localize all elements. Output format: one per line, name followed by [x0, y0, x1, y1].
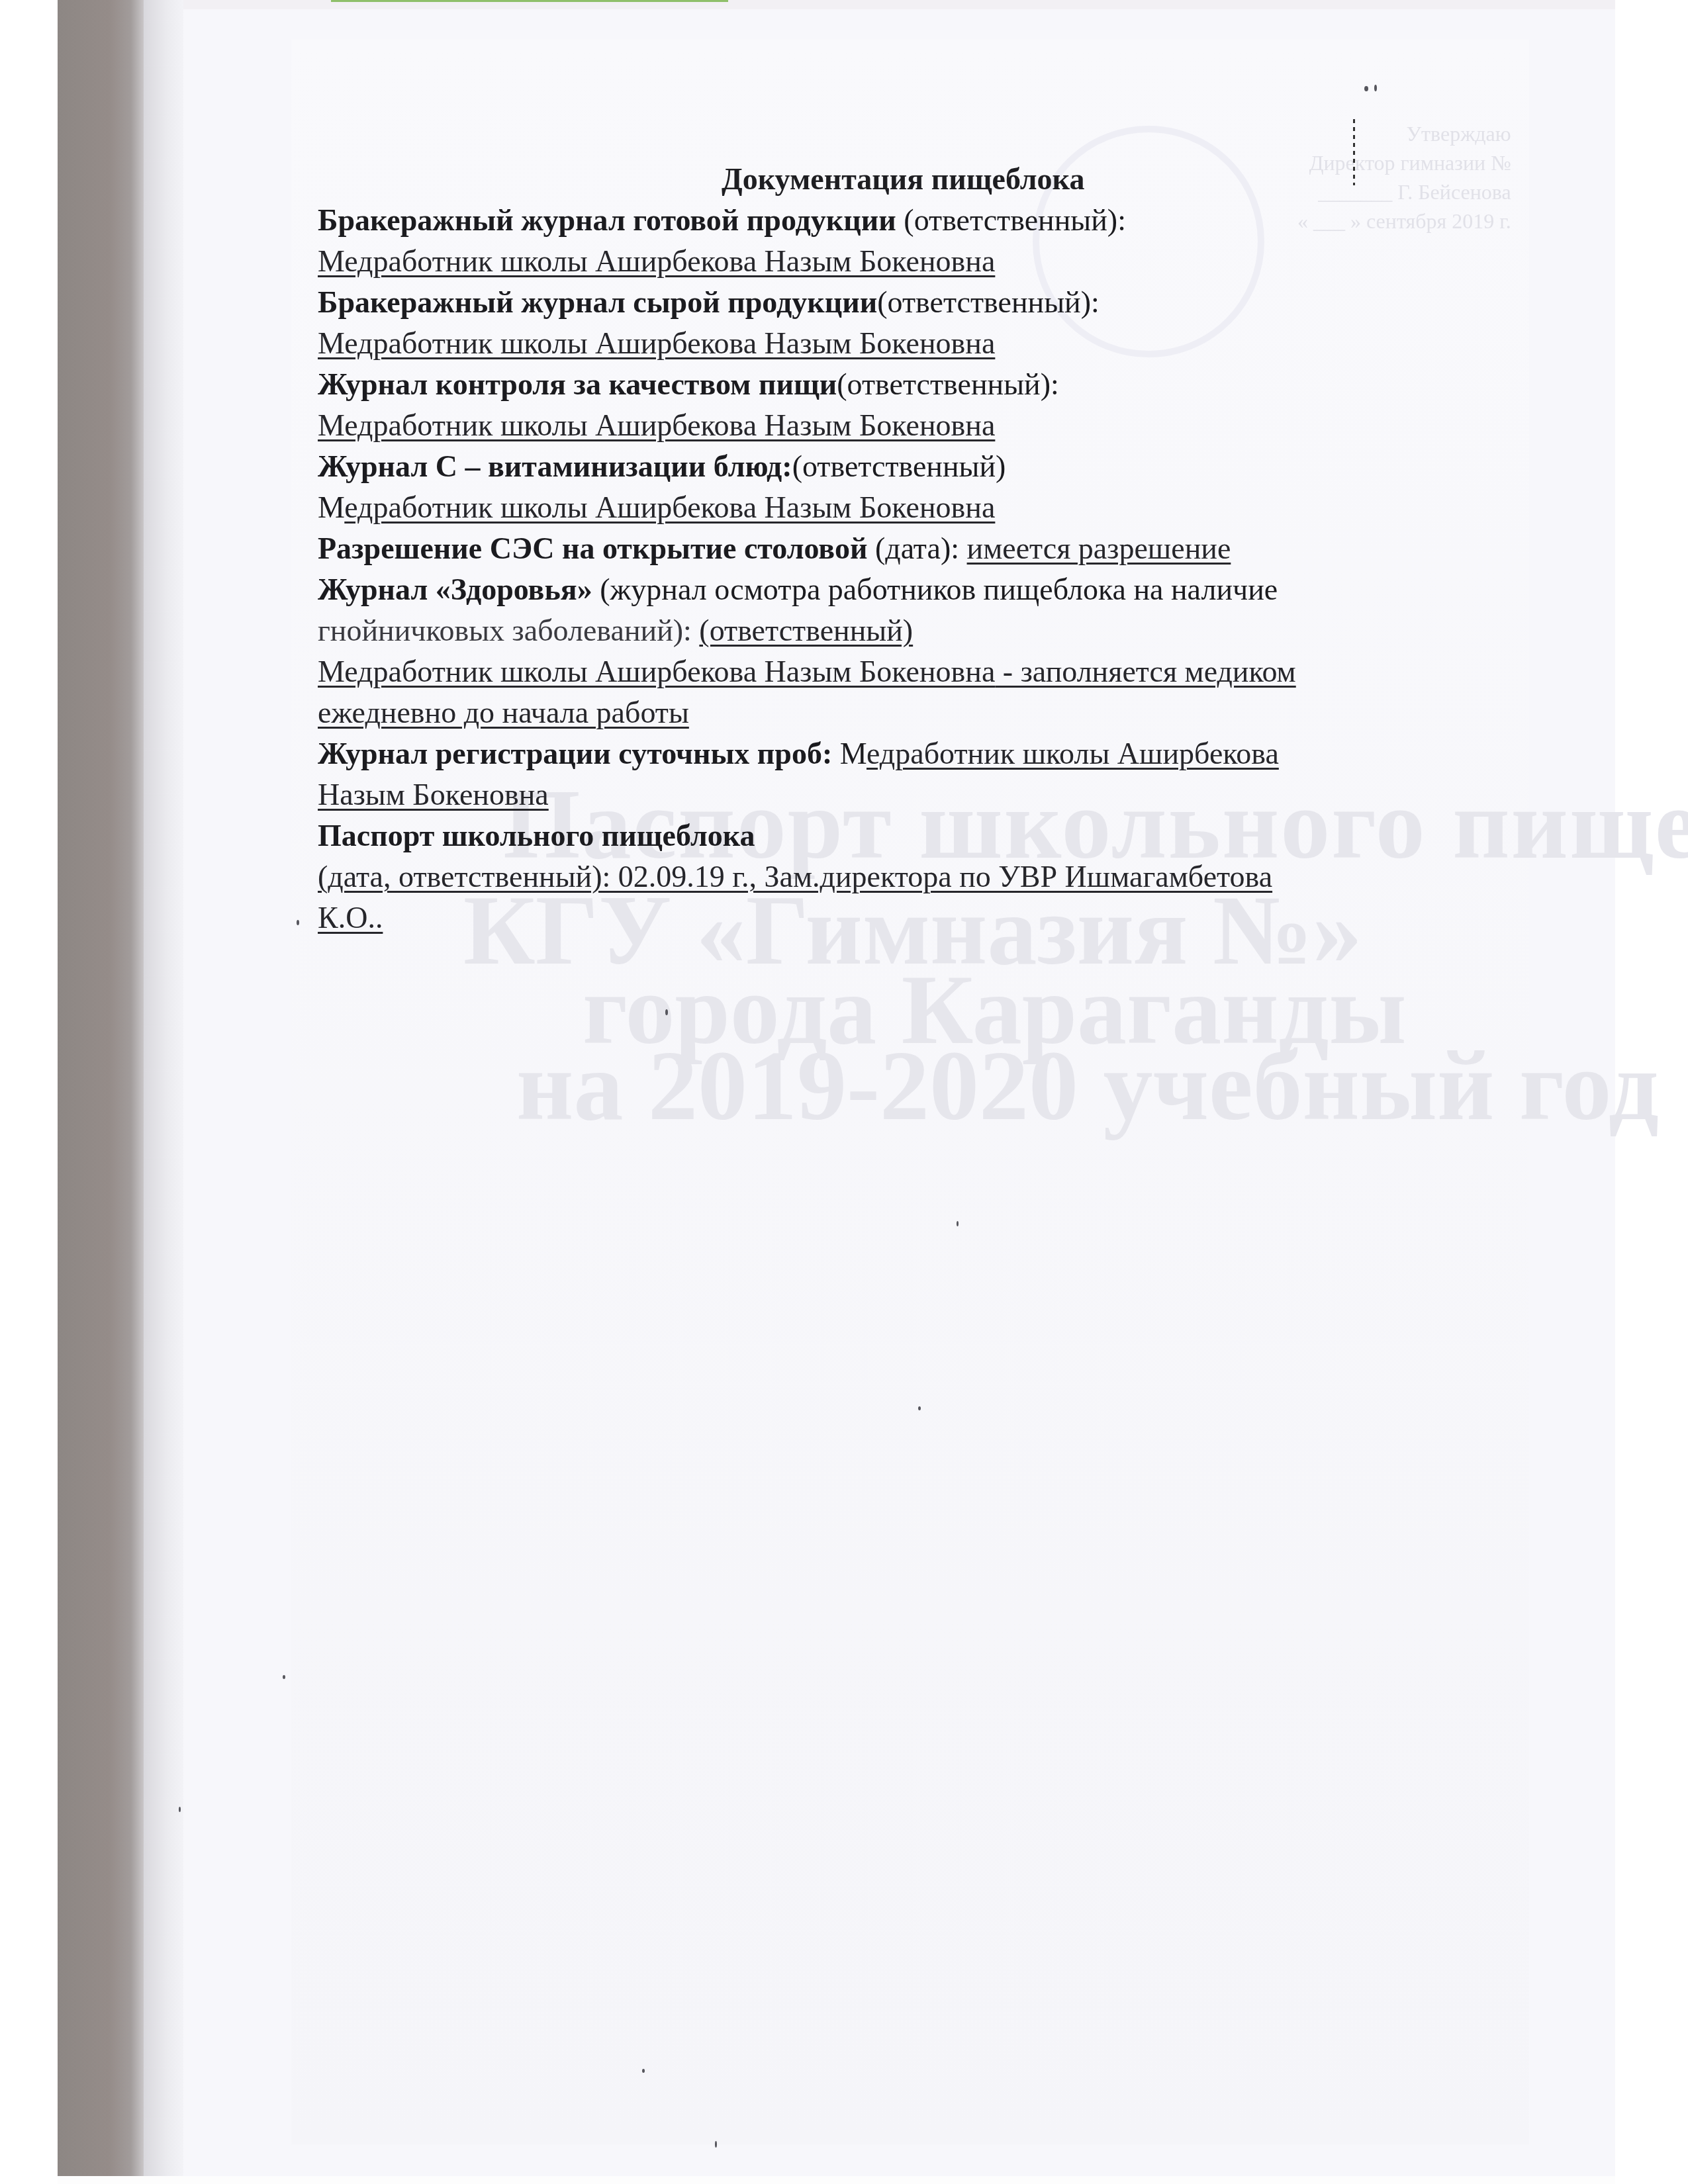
entry-label: Журнал регистрации суточных проб: [318, 737, 832, 770]
entry-daily-samples-journal: Журнал регистрации суточных проб: Медраб… [318, 733, 1509, 774]
entry-remark-continued: ежедневно до начала работы [318, 692, 1509, 733]
responsible-prefix: М [832, 737, 867, 770]
entry-responsible: Медработник школы Аширбекова Назым Бокен… [318, 651, 1509, 692]
entry-note: (дата, ответственный): 02.09.19 г., Зам.… [318, 860, 1272, 893]
scan-speck [642, 2069, 645, 2073]
responsible-person: едработник школы Аширбекова Назым Бокено… [344, 490, 995, 524]
entry-responsible: Медработник школы Аширбекова Назым Бокен… [318, 241, 1509, 282]
entry-health-journal: Журнал «Здоровья» (журнал осмотра работн… [318, 569, 1509, 610]
entry-label: Журнал «Здоровья» [318, 572, 592, 606]
entry-responsible-continued: Назым Бокеновна [318, 774, 1509, 815]
scan-speck [918, 1406, 921, 1410]
scan-speck [715, 2141, 717, 2148]
entry-raw-products-journal: Бракеражный журнал сырой продукции(ответ… [318, 282, 1509, 323]
entry-note-cont: К.О.. [318, 901, 383, 934]
entry-ses-permit: Разрешение СЭС на открытие столовой (дат… [318, 528, 1509, 569]
entry-finished-products-journal: Бракеражный журнал готовой продукции (от… [318, 200, 1509, 241]
responsible-person: Медработник школы Аширбекова Назым Бокен… [318, 408, 995, 442]
entry-responsible: Медработник школы Аширбекова Назым Бокен… [318, 323, 1509, 364]
entry-kitchen-passport: Паспорт школьного пищеблока [318, 815, 1509, 856]
entry-note-underlined: (ответственный) [699, 614, 913, 647]
entry-note: (дата): [867, 531, 966, 565]
scan-speck [297, 920, 299, 925]
permit-status: имеется разрешение [967, 531, 1231, 565]
scan-speck [1364, 86, 1368, 91]
binding-edge [144, 0, 183, 2176]
responsible-person-cont: Назым Бокеновна [318, 778, 549, 811]
document-title: Документация пищеблока [318, 159, 1509, 200]
scan-speck [665, 1009, 668, 1015]
entry-label: Паспорт школьного пищеблока [318, 819, 755, 852]
entry-note: (ответственный): [896, 203, 1126, 237]
entry-note: (журнал осмотра работников пищеблока на … [592, 572, 1278, 606]
entry-note-cont: гнойничковых заболеваний): [318, 614, 699, 647]
entry-passport-details-continued: К.О.. [318, 897, 1509, 938]
scanner-artifact [331, 0, 728, 2]
entry-note: (ответственный): [837, 367, 1059, 401]
scan-speck [1374, 85, 1377, 91]
entry-note-continued: гнойничковых заболеваний): (ответственны… [318, 610, 1509, 651]
document-body: Документация пищеблока Бракеражный журна… [318, 159, 1509, 938]
responsible-prefix: М [318, 490, 344, 524]
scan-speck [957, 1221, 959, 1226]
entry-responsible: Медработник школы Аширбекова Назым Бокен… [318, 487, 1509, 528]
entry-remark: - заполняется медиком [995, 655, 1295, 688]
scan-speck [283, 1675, 285, 1679]
responsible-person: Медработник школы Аширбекова Назым Бокен… [318, 655, 995, 688]
scan-speck [179, 1807, 181, 1812]
entry-label: Разрешение СЭС на открытие столовой [318, 531, 867, 565]
entry-food-quality-journal: Журнал контроля за качеством пищи(ответс… [318, 364, 1509, 405]
entry-label: Журнал контроля за качеством пищи [318, 367, 837, 401]
entry-note: (ответственный): [877, 285, 1100, 319]
binding-shadow [58, 0, 144, 2176]
entry-note: (ответственный) [792, 449, 1006, 483]
entry-label: Журнал С – витаминизации блюд: [318, 449, 792, 483]
entry-vitamin-c-journal: Журнал С – витаминизации блюд:(ответстве… [318, 446, 1509, 487]
entry-passport-details: (дата, ответственный): 02.09.19 г., Зам.… [318, 856, 1509, 897]
responsible-person: Медработник школы Аширбекова Назым Бокен… [318, 326, 995, 360]
entry-label: Бракеражный журнал готовой продукции [318, 203, 896, 237]
entry-responsible: Медработник школы Аширбекова Назым Бокен… [318, 405, 1509, 446]
responsible-person: едработник школы Аширбекова [867, 737, 1279, 770]
scan-bottom-margin [58, 2176, 1615, 2184]
responsible-person: Медработник школы Аширбекова Назым Бокен… [318, 244, 995, 278]
entry-label: Бракеражный журнал сырой продукции [318, 285, 877, 319]
entry-remark-cont: ежедневно до начала работы [318, 696, 689, 729]
